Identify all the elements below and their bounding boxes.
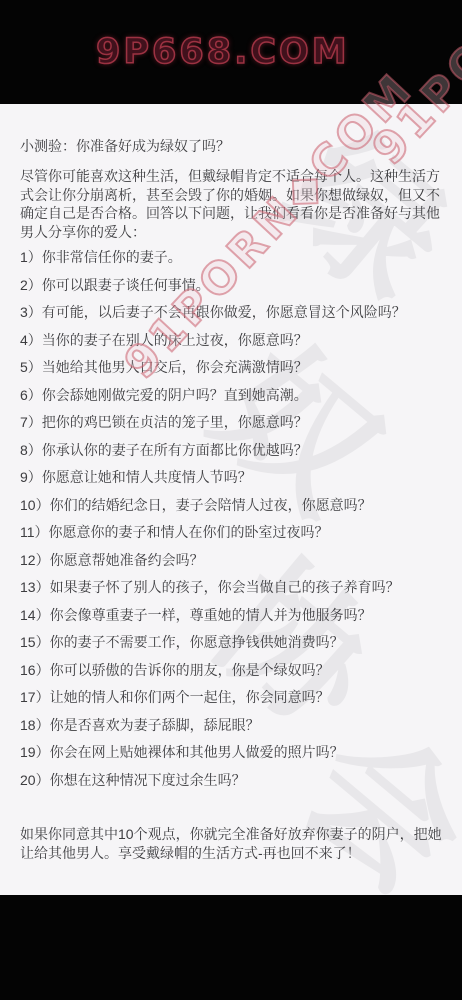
question-item: 8）你承认你的妻子在所有方面都比你优越吗？ — [20, 442, 442, 459]
question-item: 18）你是否喜欢为妻子舔脚，舔屁眼？ — [20, 717, 442, 734]
question-item: 4）当你的妻子在别人的床上过夜，你愿意吗？ — [20, 332, 442, 349]
question-item: 9）你愿意让她和情人共度情人节吗？ — [20, 469, 442, 486]
question-item: 11）你愿意你的妻子和情人在你们的卧室过夜吗？ — [20, 524, 442, 541]
question-item: 14）你会像尊重妻子一样，尊重她的情人并为他服务吗？ — [20, 607, 442, 624]
question-item: 12）你愿意帮她准备约会吗？ — [20, 552, 442, 569]
question-item: 16）你可以骄傲的告诉你的朋友，你是个绿奴吗？ — [20, 662, 442, 679]
question-item: 1）你非常信任你的妻子。 — [20, 249, 442, 266]
quiz-conclusion: 如果你同意其中10个观点，你就完全准备好放弃你妻子的阴户，把她让给其他男人。享受… — [20, 825, 442, 862]
page: 9P668.COM 小测验：你准备好成为绿奴了吗？ 尽管你可能喜欢这种生活，但戴… — [0, 0, 462, 1000]
site-header: 9P668.COM — [0, 0, 462, 104]
question-list: 1）你非常信任你的妻子。2）你可以跟妻子谈任何事情。3）有可能，以后妻子不会再跟… — [20, 249, 442, 788]
question-item: 6）你会舔她刚做完爱的阴户吗？直到她高潮。 — [20, 387, 442, 404]
quiz-content: 小测验：你准备好成为绿奴了吗？ 尽管你可能喜欢这种生活，但戴绿帽肯定不适合每个人… — [0, 104, 462, 895]
question-item: 3）有可能，以后妻子不会再跟你做爱，你愿意冒这个风险吗？ — [20, 304, 442, 321]
question-item: 15）你的妻子不需要工作，你愿意挣钱供她消费吗？ — [20, 634, 442, 651]
site-logo: 9P668.COM — [96, 32, 350, 72]
question-item: 20）你想在这种情况下度过余生吗？ — [20, 772, 442, 789]
quiz-title: 小测验：你准备好成为绿奴了吗？ — [20, 137, 442, 155]
quiz-intro: 尽管你可能喜欢这种生活，但戴绿帽肯定不适合每个人。这种生活方式会让你分崩离析，甚… — [20, 167, 442, 241]
question-item: 2）你可以跟妻子谈任何事情。 — [20, 277, 442, 294]
site-footer — [0, 895, 462, 1000]
question-item: 19）你会在网上贴她裸体和其他男人做爱的照片吗？ — [20, 744, 442, 761]
question-item: 13）如果妻子怀了别人的孩子，你会当做自己的孩子养育吗？ — [20, 579, 442, 596]
question-item: 5）当她给其他男人口交后，你会充满激情吗？ — [20, 359, 442, 376]
question-item: 10）你们的结婚纪念日，妻子会陪情人过夜，你愿意吗？ — [20, 497, 442, 514]
question-item: 7）把你的鸡巴锁在贞洁的笼子里，你愿意吗？ — [20, 414, 442, 431]
question-item: 17）让她的情人和你们两个一起住，你会同意吗？ — [20, 689, 442, 706]
